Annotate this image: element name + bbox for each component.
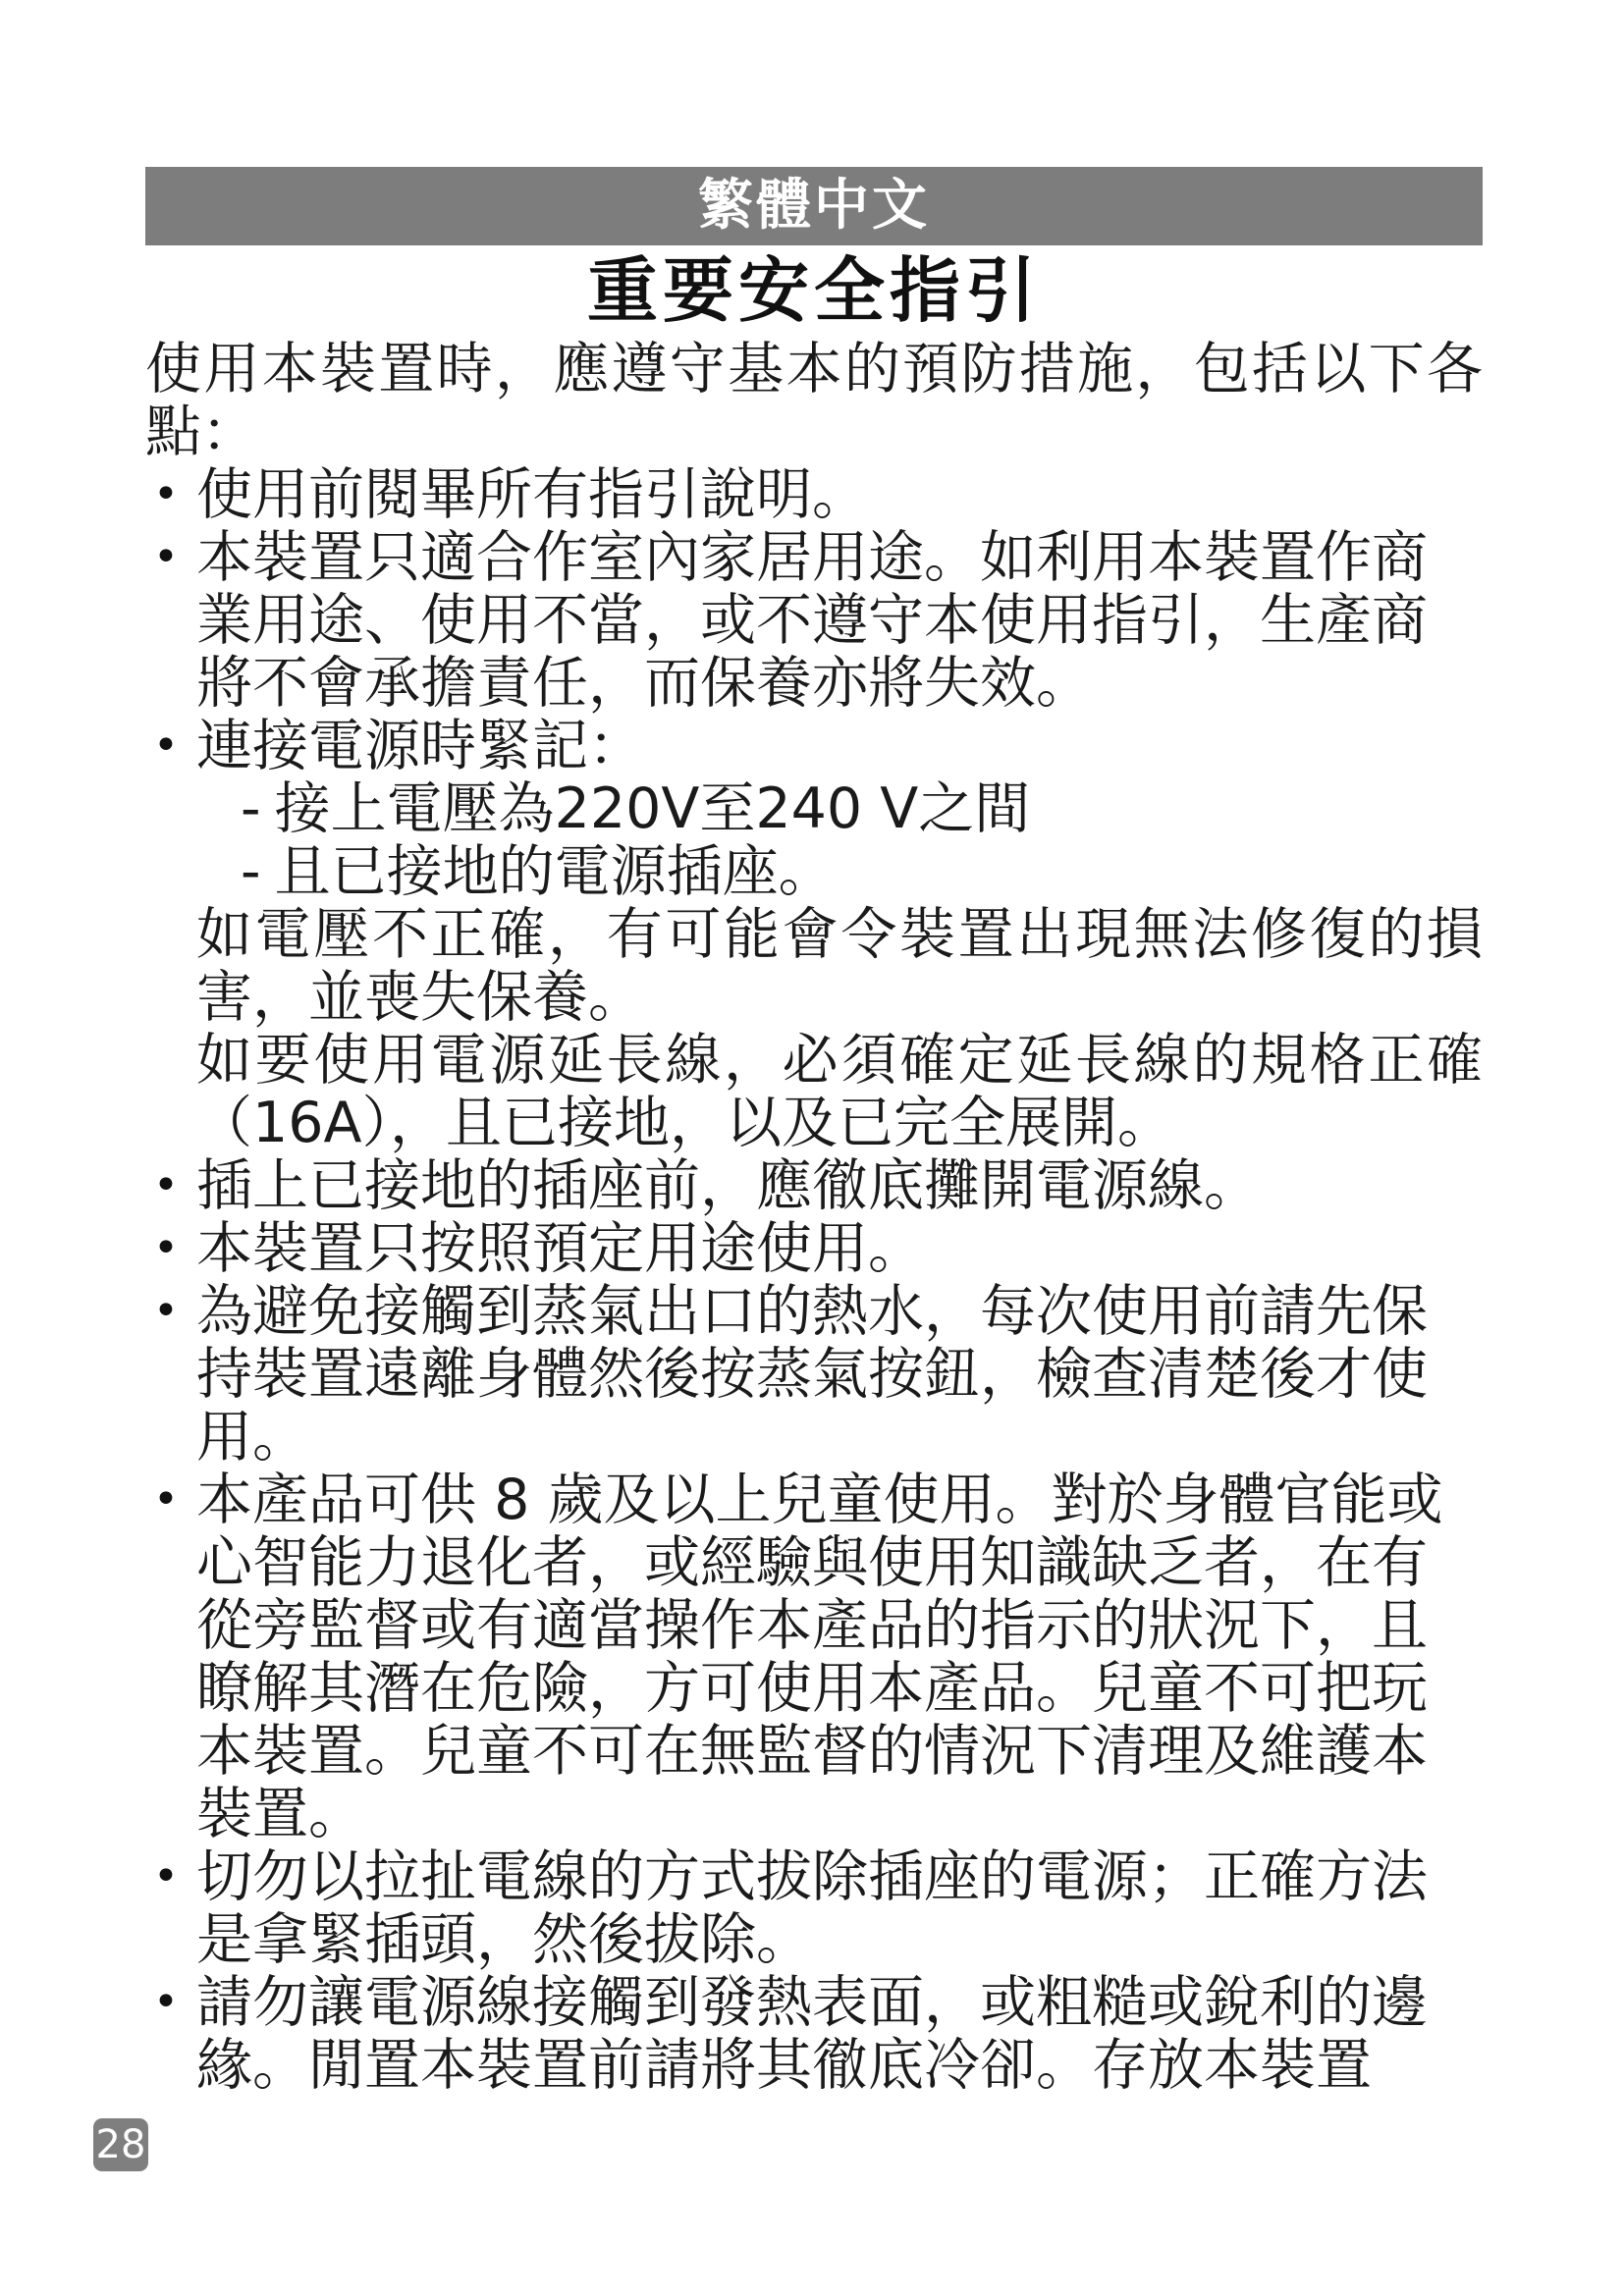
safety-item: • 插上已接地的插座前，應徹底攤開電源線。 [145, 1154, 1483, 1217]
safety-sub-item-text: 且已接地的電源插座。 [275, 840, 835, 903]
bullet-icon: • [153, 1971, 179, 2034]
safety-item-text: 連接電源時緊記： [196, 714, 644, 778]
manual-page-content: 繁體中文 重要安全指引 使用本裝置時，應遵守基本的預防措施，包括以下各點： • … [145, 167, 1483, 2097]
page-number-badge: 28 [93, 2118, 148, 2171]
safety-sub-item: - 且已接地的電源插座。 [241, 840, 1483, 903]
safety-note: 如要使用電源延長線，必須確定延長線的規格正確（16A），且已接地，以及已完全展開… [196, 1029, 1483, 1154]
safety-sub-item-text: 接上電壓為220V至240 V之間 [275, 777, 1031, 840]
safety-item: • 本裝置只適合作室內家居用途。如利用本裝置作商業用途、使用不當，或不遵守本使用… [145, 526, 1483, 715]
safety-sub-item: - 接上電壓為220V至240 V之間 [241, 777, 1483, 840]
language-banner-label: 繁體中文 [698, 167, 930, 245]
safety-item: • 本產品可供 8 歲及以上兒童使用。對於身體官能或心智能力退化者，或經驗與使用… [145, 1468, 1483, 1845]
dash-icon: - [241, 777, 261, 840]
safety-item-text: 本裝置只按照預定用途使用。 [196, 1216, 924, 1281]
safety-item: • 使用前閱畢所有指引說明。 [145, 463, 1483, 526]
safety-item: • 切勿以拉扯電線的方式拔除插座的電源；正確方法是拿緊插頭，然後拔除。 [145, 1845, 1483, 1971]
safety-item-text: 為避免接觸到蒸氣出口的熱水，每次使用前請先保持裝置遠離身體然後按蒸氣按鈕，檢查清… [196, 1279, 1428, 1469]
bullet-icon: • [153, 1280, 179, 1343]
dash-icon: - [241, 840, 261, 903]
bullet-icon: • [153, 1468, 179, 1531]
safety-item-text: 使用前閱畢所有指引說明。 [196, 462, 868, 527]
safety-item-text: 切勿以拉扯電線的方式拔除插座的電源；正確方法是拿緊插頭，然後拔除。 [196, 1844, 1428, 1972]
bullet-icon: • [153, 526, 179, 589]
bullet-icon: • [153, 1154, 179, 1217]
intro-paragraph: 使用本裝置時，應遵守基本的預防措施，包括以下各點： [145, 338, 1483, 463]
safety-note: 如電壓不正確，有可能會令裝置出現無法修復的損害，並喪失保養。 [196, 903, 1483, 1029]
safety-item: • 請勿讓電源線接觸到發熱表面，或粗糙或銳利的邊緣。閒置本裝置前請將其徹底冷卻。… [145, 1971, 1483, 2097]
safety-item-text: 本裝置只適合作室內家居用途。如利用本裝置作商業用途、使用不當，或不遵守本使用指引… [196, 525, 1428, 716]
safety-item: • 為避免接觸到蒸氣出口的熱水，每次使用前請先保持裝置遠離身體然後按蒸氣按鈕，檢… [145, 1280, 1483, 1468]
bullet-icon: • [153, 715, 179, 777]
language-banner: 繁體中文 [145, 167, 1483, 245]
bullet-icon: • [153, 1845, 179, 1908]
safety-item: • 本裝置只按照預定用途使用。 [145, 1217, 1483, 1280]
page-title: 重要安全指引 [145, 249, 1483, 332]
safety-instruction-list: • 使用前閱畢所有指引說明。 • 本裝置只適合作室內家居用途。如利用本裝置作商業… [145, 463, 1483, 2097]
safety-item-text: 請勿讓電源線接觸到發熱表面，或粗糙或銳利的邊緣。閒置本裝置前請將其徹底冷卻。存放… [196, 1970, 1428, 2098]
safety-item-text: 本產品可供 8 歲及以上兒童使用。對於身體官能或心智能力退化者，或經驗與使用知識… [196, 1468, 1443, 1846]
safety-item-text: 插上已接地的插座前，應徹底攤開電源線。 [196, 1153, 1260, 1218]
bullet-icon: • [153, 463, 179, 526]
safety-item: • 連接電源時緊記： - 接上電壓為220V至240 V之間 - 且已接地的電源… [145, 715, 1483, 1154]
bullet-icon: • [153, 1217, 179, 1280]
